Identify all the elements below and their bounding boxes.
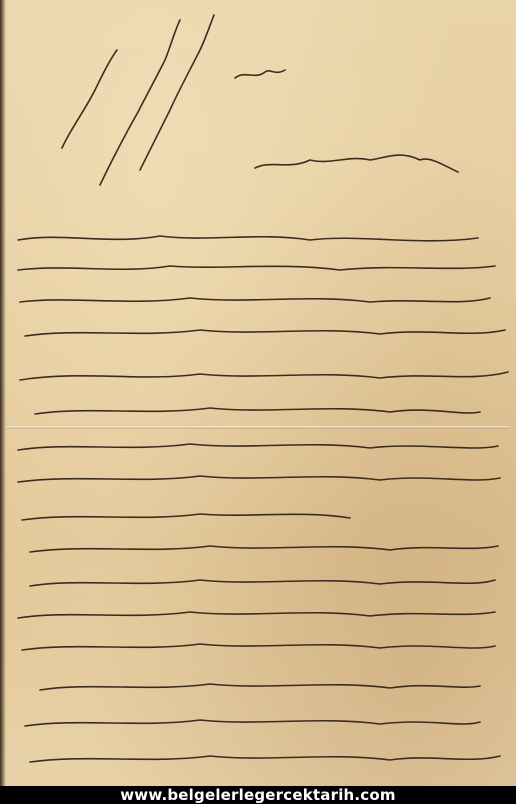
header-note [235, 70, 285, 78]
marginal-note [62, 15, 214, 185]
body-lines [18, 236, 508, 762]
watermark-banner: www.belgelerlegercektarih.com [0, 786, 516, 804]
document-photo [0, 0, 516, 786]
salutation-line [255, 155, 458, 172]
handwriting-strokes [0, 0, 516, 786]
